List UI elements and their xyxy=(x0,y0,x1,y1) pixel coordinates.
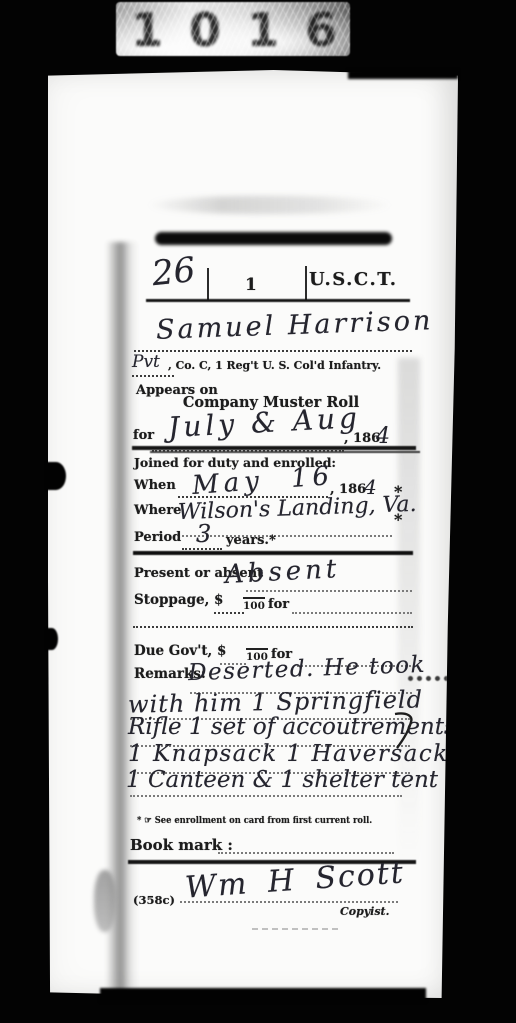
present-dotted-line xyxy=(246,590,412,592)
card-top-edge xyxy=(155,232,392,245)
period-dotted-line xyxy=(182,548,222,550)
rank-handwritten: Pvt xyxy=(132,352,160,372)
ink-blotch-trail xyxy=(408,676,458,681)
stoppage-dotted-line xyxy=(214,612,244,614)
card-number-handwritten: 26 xyxy=(150,250,197,294)
copyist-label: Copyist. xyxy=(340,905,389,918)
microfilm-page: 1016 26 1 U.S.C.T. Samuel Harrison Pvt ,… xyxy=(0,0,516,1023)
header-divider xyxy=(305,266,307,300)
when-label: When xyxy=(134,478,176,493)
present-value-handwritten: Absent xyxy=(224,554,341,590)
period-value-handwritten: 3 xyxy=(196,520,211,548)
frame-edge-bump xyxy=(46,628,58,650)
section-dotted-divider xyxy=(133,626,413,628)
remarks-dotted-line xyxy=(130,795,402,797)
header-rule xyxy=(146,299,410,302)
unit-line: , Co. C, 1 Reg't U. S. Col'd Infantry. xyxy=(168,358,381,372)
name-dotted-line xyxy=(134,350,412,352)
frame-edge-bump xyxy=(46,462,66,490)
stoppage-label: Stoppage, $ xyxy=(134,592,223,608)
stoppage-for-label: for xyxy=(268,597,289,612)
section-rule xyxy=(133,551,413,555)
frame-number: 1016 xyxy=(116,2,350,56)
film-frame-strip: 1016 xyxy=(116,2,350,56)
stray-pen-mark xyxy=(393,710,419,750)
double-rule-top xyxy=(132,446,416,450)
for-year-printed: , 186 xyxy=(344,431,380,446)
organization-abbr: U.S.C.T. xyxy=(309,269,398,290)
for-label: for xyxy=(133,428,154,443)
document-photo: 26 1 U.S.C.T. Samuel Harrison Pvt , Co. … xyxy=(48,70,458,998)
stoppage-cents-denominator: 100 xyxy=(243,597,265,612)
soldier-name: Samuel Harrison xyxy=(156,305,434,346)
stoppage-dotted-line xyxy=(292,612,412,614)
form-number: (358c) xyxy=(133,893,175,907)
remarks-line: 1 Canteen & 1 shelter tent xyxy=(126,767,438,793)
card-right-edge-shadow xyxy=(398,358,420,870)
where-footnote-mark: * xyxy=(394,510,402,529)
period-label: Period xyxy=(134,530,181,545)
where-dotted-line xyxy=(182,535,392,537)
rank-dotted-line xyxy=(132,375,174,377)
enrollment-footnote: * ☞ See enrollment on card from first cu… xyxy=(137,816,372,826)
book-mark-dotted-line xyxy=(218,852,394,854)
frame-bottom-notch xyxy=(100,988,426,1002)
double-rule-bottom xyxy=(150,451,420,453)
signature-dotted-line xyxy=(180,901,398,903)
regiment-number: 1 xyxy=(245,275,257,295)
frame-top-shade xyxy=(348,70,458,79)
scan-blob xyxy=(94,870,116,932)
scan-smudge xyxy=(148,196,392,214)
header-divider xyxy=(207,268,209,300)
period-suffix: years.* xyxy=(226,533,276,548)
scan-faint-marks xyxy=(252,928,338,930)
where-label: Where xyxy=(134,503,181,518)
due-govt-label: Due Gov't, $ xyxy=(134,643,226,659)
